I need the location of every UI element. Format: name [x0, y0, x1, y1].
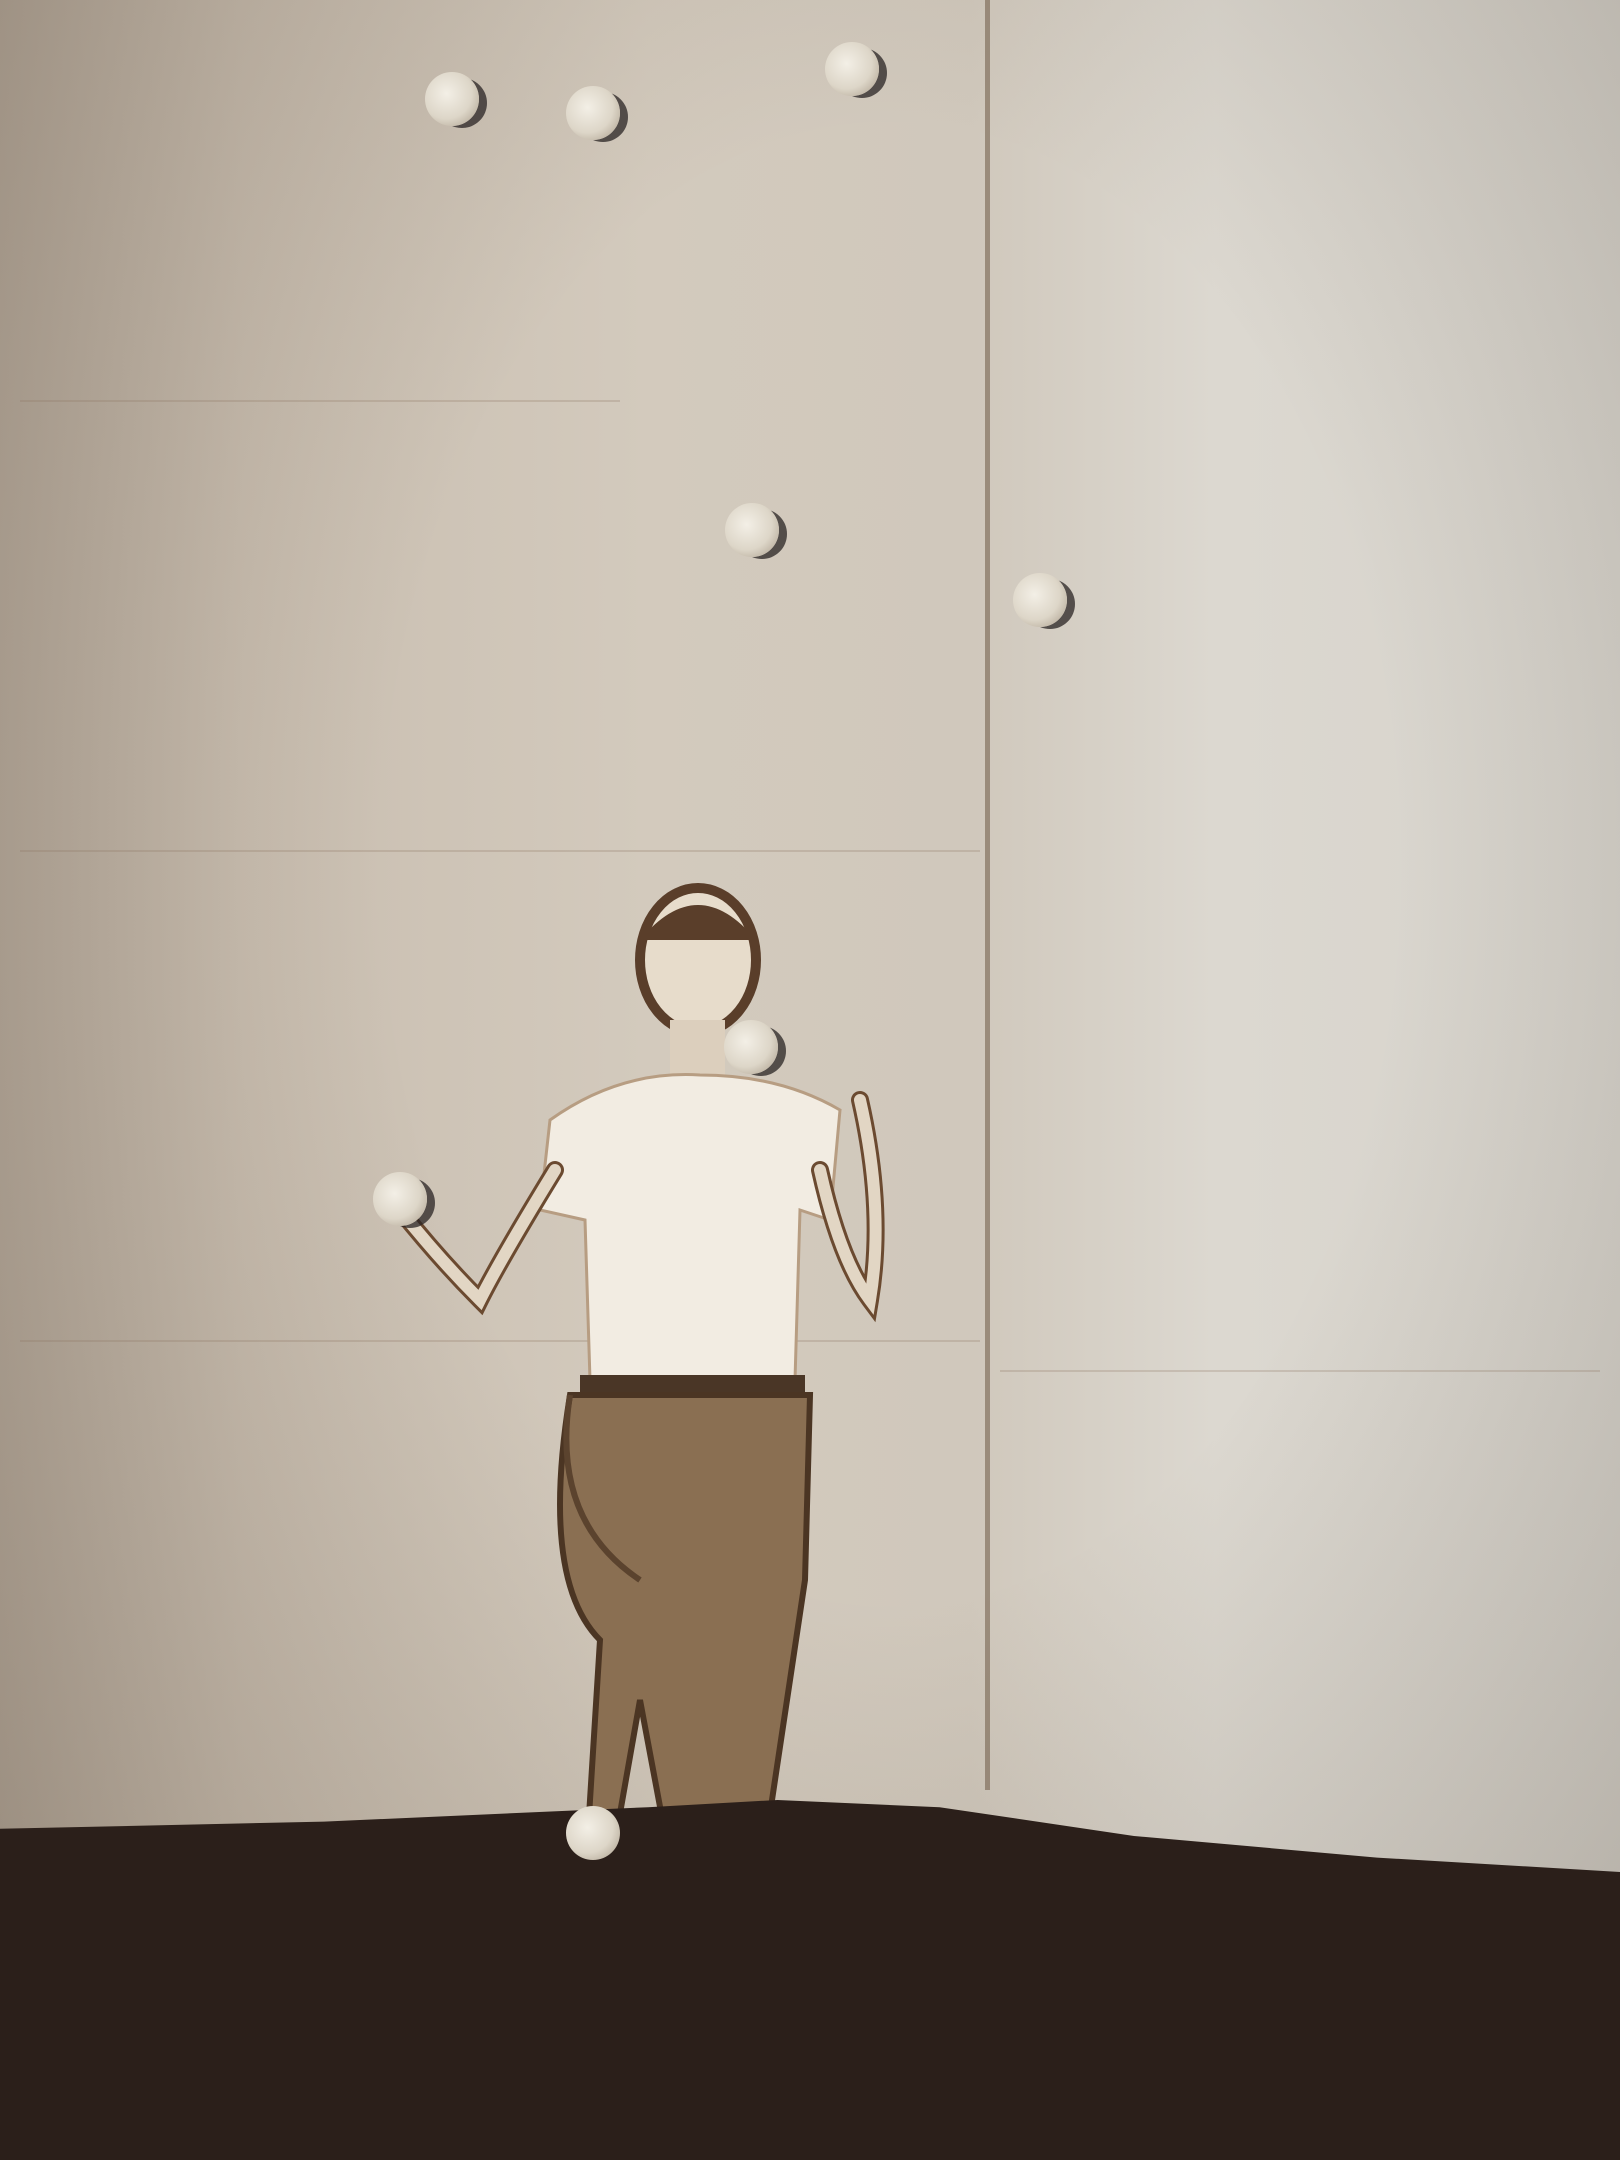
juggler-photo: [0, 0, 1620, 2160]
juggling-ball: [566, 1806, 620, 1860]
juggling-ball: [373, 1172, 427, 1226]
juggling-ball: [825, 42, 879, 96]
wall-panel-line: [1000, 1370, 1600, 1372]
wall-panel-line: [20, 850, 980, 852]
juggling-ball: [566, 86, 620, 140]
juggling-ball: [725, 503, 779, 557]
wall-seam-vertical: [985, 0, 990, 1790]
juggling-ball: [425, 72, 479, 126]
wall-panel-line: [20, 400, 620, 402]
juggling-ball: [724, 1020, 778, 1074]
juggling-ball: [1013, 573, 1067, 627]
